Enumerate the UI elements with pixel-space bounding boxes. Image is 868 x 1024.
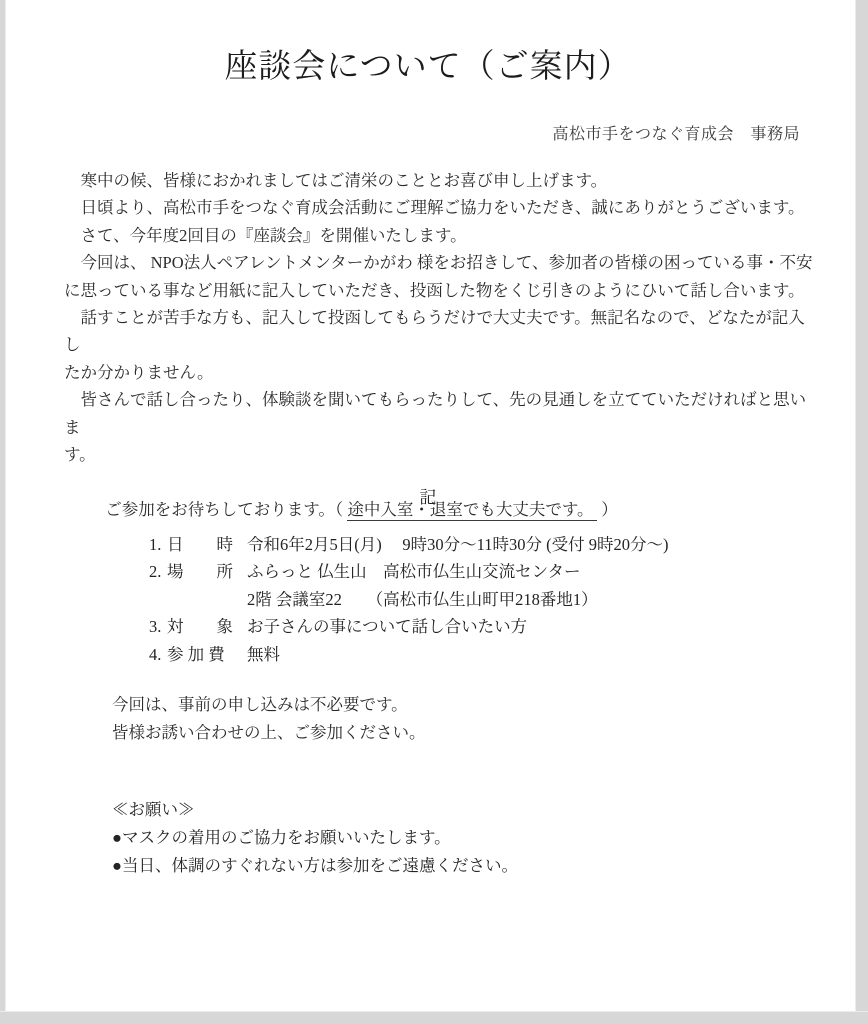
- scan-edge-left: [0, 0, 6, 1024]
- body-line: さて、今年度2回目の『座談会』を開催いたします。: [64, 222, 816, 249]
- closing-line: 皆様お誘い合わせの上、ご参加ください。: [112, 719, 426, 747]
- list-item-target: 3. 対 象 お子さんの事について話し合いたい方: [149, 613, 829, 640]
- list-item-label: [167, 586, 247, 613]
- list-item-label: 参 加 費: [167, 641, 247, 668]
- list-item-text: ふらっと 仏生山 高松市仏生山交流センター: [247, 558, 580, 585]
- list-item-number: 4.: [149, 641, 167, 668]
- list-item-label: 日 時: [167, 531, 247, 558]
- request-item: ●当日、体調のすぐれない方は参加をご遠慮ください。: [112, 852, 518, 880]
- scan-edge-right: [855, 0, 868, 1024]
- list-item-place: 2. 場 所 ふらっと 仏生山 高松市仏生山交流センター: [149, 558, 829, 585]
- page-title: 座談会について（ご案内）: [0, 40, 856, 87]
- list-item-fee: 4. 参 加 費 無料: [149, 641, 829, 668]
- scanned-document: 座談会について（ご案内） 高松市手をつなぐ育成会 事務局 寒中の候、皆様におかれ…: [0, 0, 868, 1024]
- closing-line: 今回は、事前の申し込みは不必要です。: [112, 691, 426, 719]
- list-item-label: 場 所: [167, 558, 247, 585]
- request-section: ≪お願い≫ ●マスクの着用のご協力をお願いいたします。 ●当日、体調のすぐれない…: [112, 796, 518, 879]
- body-line: 皆さんで話し合ったり、体験談を聞いてもらったりして、先の見通しを立てていただけれ…: [64, 386, 816, 441]
- list-item-text: 無料: [247, 641, 280, 668]
- body-line: たか分かりません。: [64, 359, 816, 386]
- list-item-label: 対 象: [167, 613, 247, 640]
- list-item-number: 2.: [149, 558, 167, 585]
- request-item: ●マスクの着用のご協力をお願いいたします。: [112, 824, 518, 852]
- list-item-number: [149, 586, 167, 613]
- sender-line: 高松市手をつなぐ育成会 事務局: [552, 121, 800, 144]
- schedule-list: 1. 日 時 令和6年2月5日(月) 9時30分～11時30分 (受付 9時20…: [149, 531, 829, 668]
- request-heading: ≪お願い≫: [112, 796, 518, 824]
- list-item-place-detail: 2階 会議室22 （高松市仏生山町甲218番地1）: [149, 586, 829, 613]
- list-item-datetime: 1. 日 時 令和6年2月5日(月) 9時30分～11時30分 (受付 9時20…: [149, 531, 829, 558]
- section-heading-ki: 記: [0, 483, 856, 508]
- body-line: 寒中の候、皆様におかれましてはご清栄のこととお喜び申し上げます。: [64, 167, 816, 194]
- body-line: に思っている事など用紙に記入していただき、投函した物をくじ引きのようにひいて話し…: [64, 277, 816, 304]
- body-line: 日頃より、高松市手をつなぐ育成会活動にご理解ご協力をいただき、誠にありがとうござ…: [64, 194, 816, 221]
- list-item-number: 3.: [149, 613, 167, 640]
- body-line: す。: [64, 441, 816, 468]
- list-item-number: 1.: [149, 531, 167, 558]
- body-line: 話すことが苦手な方も、記入して投函してもらうだけで大丈夫です。無記名なので、どな…: [64, 304, 816, 359]
- closing-paragraph: 今回は、事前の申し込みは不必要です。 皆様お誘い合わせの上、ご参加ください。: [112, 691, 426, 746]
- list-item-text: お子さんの事について話し合いたい方: [247, 613, 527, 640]
- list-item-text: 令和6年2月5日(月) 9時30分～11時30分 (受付 9時20分～): [247, 531, 669, 558]
- body-line: 今回は、 NPO法人ペアレントメンターかがわ 様をお招きして、参加者の皆様の困っ…: [64, 249, 816, 276]
- list-item-text: 2階 会議室22 （高松市仏生山町甲218番地1）: [247, 586, 598, 613]
- scan-edge-bottom: [0, 1011, 868, 1024]
